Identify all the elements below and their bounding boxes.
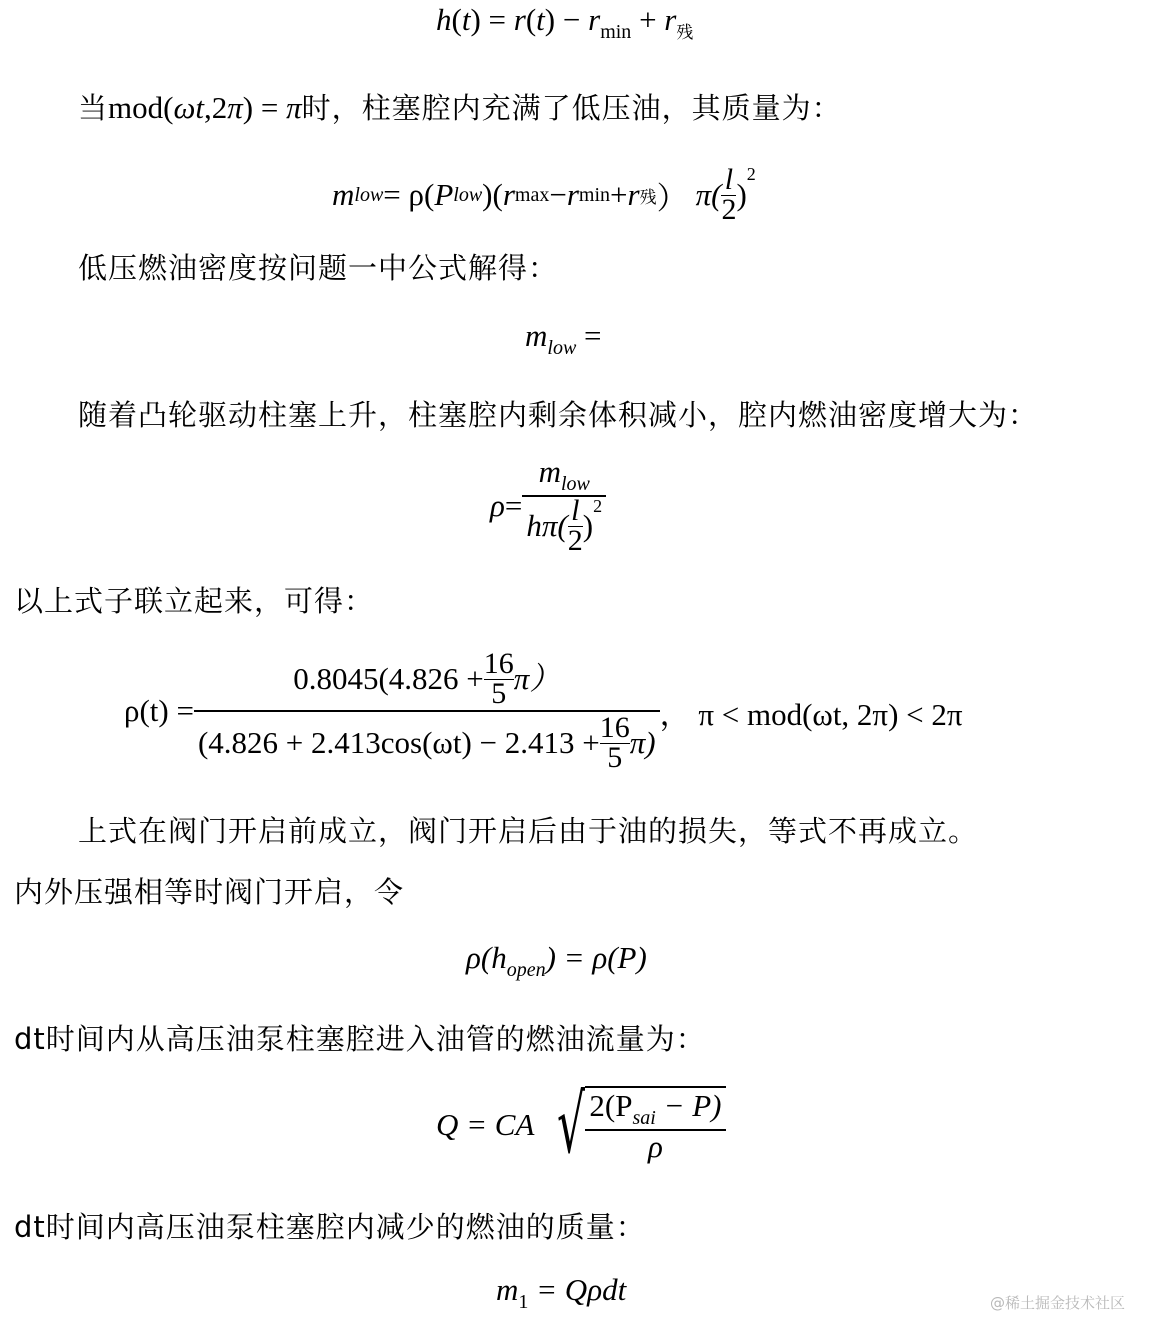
sub-open: open: [507, 959, 546, 981]
sub-min: min: [579, 184, 610, 207]
fraction: 0.8045(4.826 + 165π） (4.826 + 2.413cos(ω…: [194, 650, 660, 772]
sub-low: low: [354, 184, 383, 207]
sub-one: 1: [518, 1291, 528, 1313]
var-m: m: [496, 1272, 518, 1307]
text: (4.826 + 2.413cos(ωt) − 2.413 +: [198, 727, 600, 760]
var: π: [286, 90, 302, 125]
var-rho: ρ: [490, 488, 505, 524]
equation-mass-low: mlow = ρ(Plow)(rmax − rmin + r残）π(l2)2: [332, 160, 756, 230]
paragraph-density: 低压燃油密度按问题一中公式解得：: [78, 246, 558, 287]
denominator: 5: [600, 744, 630, 773]
var-r: r: [567, 177, 579, 213]
numerator: l: [568, 497, 583, 527]
text: ρ(t) =: [124, 693, 194, 729]
text: =: [576, 318, 601, 353]
watermark: @稀土掘金技术社区: [990, 1292, 1125, 1313]
var-r: r: [628, 177, 640, 213]
equation-mass-low-blank: mlow =: [525, 318, 602, 360]
text: π(: [542, 510, 568, 543]
text: ) =: [470, 2, 513, 37]
fraction: 2(Psai − P) ρ: [585, 1090, 725, 1164]
text: )(: [482, 177, 503, 213]
paragraph-mod-condition: 当mod(ωt,2π) = π时，柱塞腔内充满了低压油，其质量为：: [78, 86, 842, 127]
text: ): [583, 510, 593, 543]
sub-can: 残: [640, 183, 657, 208]
var-m: m: [525, 318, 547, 353]
numerator: mlow: [522, 456, 606, 497]
fraction: mlow hπ(l2)2: [522, 456, 606, 555]
text: (: [526, 2, 536, 37]
text: − P): [656, 1088, 722, 1123]
sub-low: low: [453, 184, 482, 207]
equation-open-condition: ρ(hopen) = ρ(P): [466, 940, 647, 982]
var-r: r: [514, 2, 526, 37]
condition: ， π < mod(ωt, 2π) < 2π: [660, 689, 963, 734]
denominator: 2: [721, 196, 736, 225]
sub-can: 残: [676, 23, 693, 43]
text: ρ(h: [466, 940, 507, 975]
sub-max: max: [515, 184, 549, 207]
paragraph-density-increase: 随着凸轮驱动柱塞上升，柱塞腔内剩余体积减小，腔内燃油密度增大为：: [78, 393, 1038, 434]
text: ) = ρ(P): [546, 940, 647, 975]
denominator: 5: [484, 680, 514, 709]
fraction: l2: [721, 166, 736, 224]
sub-min: min: [600, 21, 631, 43]
sub-sai: sai: [632, 1107, 655, 1129]
text: ) =: [243, 90, 286, 125]
text: 时，柱塞腔内充满了低压油，其质量为：: [302, 91, 842, 125]
var-m: m: [332, 177, 354, 213]
sup: 2: [593, 497, 602, 516]
numerator: 16: [600, 714, 630, 744]
denominator: hπ(l2)2: [522, 497, 606, 555]
paren: (: [452, 2, 462, 37]
var-h: h: [436, 2, 452, 37]
equation-height: h(t) = r(t) − rmin + r残: [436, 2, 693, 44]
var-m: m: [539, 454, 561, 489]
paragraph-valve-open: 内外压强相等时阀门开启，令: [14, 870, 404, 911]
fraction: 165: [484, 650, 514, 708]
denominator: 2: [568, 527, 583, 556]
numerator: 2(Psai − P): [585, 1090, 725, 1131]
denominator: ρ: [585, 1131, 725, 1164]
math-inline: mod(ωt,2π) = π: [108, 90, 302, 125]
denominator: (4.826 + 2.413cos(ωt) − 2.413 + 165π): [194, 712, 660, 772]
text: ): [736, 177, 746, 213]
equation-mass-m1: m1 = Qρdt: [496, 1272, 626, 1314]
radicand: 2(Psai − P) ρ: [585, 1086, 725, 1164]
radical-icon: √: [557, 1085, 585, 1165]
var: π: [227, 90, 243, 125]
var-r: r: [503, 177, 515, 213]
numerator: 16: [484, 650, 514, 680]
text: +: [610, 177, 627, 213]
sub-low: low: [547, 337, 576, 359]
text: Q = CA: [436, 1107, 534, 1143]
text: π): [630, 727, 656, 760]
equation-flow: Q = CA √ 2(Psai − P) ρ: [436, 1080, 726, 1170]
text: 当: [78, 91, 108, 125]
text: =: [505, 488, 522, 524]
var-r: r: [588, 2, 600, 37]
text: 0.8045(4.826 +: [293, 663, 484, 696]
text: π(: [696, 177, 722, 213]
var-P: P: [434, 177, 453, 213]
text: mod(: [108, 90, 173, 125]
text: π）: [514, 663, 561, 696]
plus: +: [631, 2, 664, 37]
text: = ρ(: [383, 177, 434, 213]
paragraph-combine: 以上式子联立起来，可得：: [14, 579, 374, 620]
text: = Qρdt: [528, 1272, 626, 1307]
text: 2(P: [589, 1088, 632, 1123]
fraction: l2: [568, 497, 583, 555]
sub-low: low: [561, 473, 590, 495]
text: ) −: [545, 2, 588, 37]
numerator: l: [721, 166, 736, 196]
sup: 2: [747, 164, 756, 185]
paragraph-flow: dt时间内从高压油泵柱塞腔进入油管的燃油流量为：: [14, 1017, 706, 1058]
text: ）: [657, 173, 688, 218]
paragraph-valve-note: 上式在阀门开启前成立，阀门开启后由于油的损失，等式不再成立。: [78, 809, 978, 850]
sqrt: √ 2(Psai − P) ρ: [534, 1085, 725, 1165]
paragraph-mass-decrease: dt时间内高压油泵柱塞腔内减少的燃油的质量：: [14, 1205, 646, 1246]
equation-density-time: ρ(t) = 0.8045(4.826 + 165π） (4.826 + 2.4…: [124, 636, 963, 786]
text: −: [549, 177, 566, 213]
text: ,2: [204, 90, 227, 125]
var-h: h: [526, 510, 542, 543]
numerator: 0.8045(4.826 + 165π）: [194, 650, 660, 712]
equation-density: ρ = mlow hπ(l2)2: [490, 448, 606, 563]
fraction: 165: [600, 714, 630, 772]
var-t: t: [536, 2, 545, 37]
var: ωt: [173, 90, 204, 125]
var-r: r: [664, 2, 676, 37]
